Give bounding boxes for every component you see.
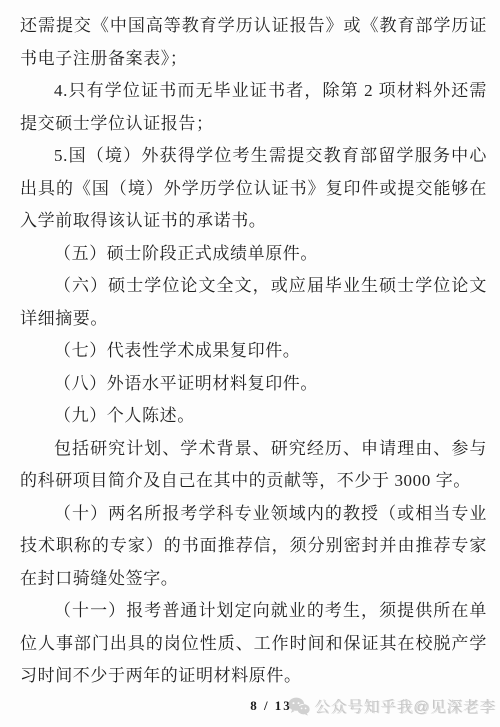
paragraph: （十一）报考普通计划定向就业的考生，须提供所在单位人事部门出具的岗位性质、工作时… <box>20 595 487 693</box>
document-body: 还需提交《中国高等教育学历认证报告》或《教育部学历证书电子注册备案表》；4.只有… <box>20 10 487 693</box>
paragraph: 包括研究计划、学术背景、研究经历、申请理由、参与的科研项目简介及自己在其中的贡献… <box>20 433 487 498</box>
paragraph: （五）硕士阶段正式成绩单原件。 <box>20 238 487 271</box>
paragraph: （八）外语水平证明材料复印件。 <box>20 368 487 401</box>
document-page: 还需提交《中国高等教育学历认证报告》或《教育部学历证书电子注册备案表》；4.只有… <box>0 0 500 727</box>
watermark-text: 公众号知乎我@见深老李 <box>314 695 496 717</box>
paragraph: 还需提交《中国高等教育学历认证报告》或《教育部学历证书电子注册备案表》； <box>20 10 487 75</box>
paragraph: （十）两名所报考学科专业领域内的教授（或相当专业技术职称的专家）的书面推荐信，须… <box>20 498 487 596</box>
paragraph: （六）硕士学位论文全文，或应届毕业生硕士学位论文详细摘要。 <box>20 270 487 335</box>
wechat-icon <box>288 697 310 716</box>
page-footer: 8 / 13 公众号知乎我@见深老李 <box>0 693 500 727</box>
watermark: 公众号知乎我@见深老李 <box>288 695 496 717</box>
paragraph: 5.国（境）外获得学位考生需提交教育部留学服务中心出具的《国（境）外学历学位认证… <box>20 140 487 238</box>
paragraph: （九）个人陈述。 <box>20 400 487 433</box>
paragraph: （七）代表性学术成果复印件。 <box>20 335 487 368</box>
paragraph: 4.只有学位证书而无毕业证书者，除第 2 项材料外还需提交硕士学位认证报告； <box>20 75 487 140</box>
